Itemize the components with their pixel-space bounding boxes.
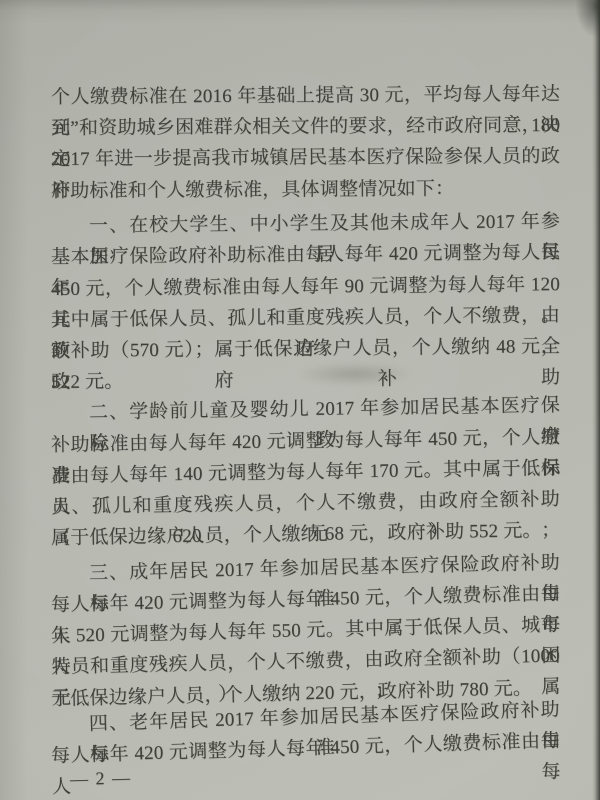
text-line: 元”和资助城乡困难群众相关文件的要求，经市政府同意，决定 xyxy=(51,110,560,144)
page-number: — 2 — xyxy=(70,767,132,790)
text-line: 2017 年进一步提高我市城镇居民基本医疗保险参保人员的政府 xyxy=(51,141,560,175)
text-line: 补助标准和个人缴费标准，具体调整情况如下： xyxy=(51,172,560,206)
scanned-page: 个人缴费标准在 2016 年基础上提高 30 元，平均每人每年达到 180 元”… xyxy=(0,0,600,800)
text-line: 额补助（570 元）；属于低保边缘户人员，个人缴纳 48 元，政府补助 xyxy=(51,331,560,367)
text-line: 个人缴费标准在 2016 年基础上提高 30 元，平均每人每年达到 180 xyxy=(51,79,560,113)
scan-artifact-corner xyxy=(575,0,600,38)
text-line: 450 元，个人缴费标准由每人每年 90 元调整为每人每年 120 元。 xyxy=(51,269,560,305)
page-edge-shadow xyxy=(592,0,600,800)
document-body: 个人缴费标准在 2016 年基础上提高 30 元，平均每人每年达到 180 元”… xyxy=(51,82,560,773)
text-line: 基本医疗保险政府补助标准由每人每年 420 元调整为每人每年 xyxy=(51,238,560,274)
text-line: 其中属于低保人员、孤儿和重度残疾人员，个人不缴费，由政府全 xyxy=(51,300,560,336)
